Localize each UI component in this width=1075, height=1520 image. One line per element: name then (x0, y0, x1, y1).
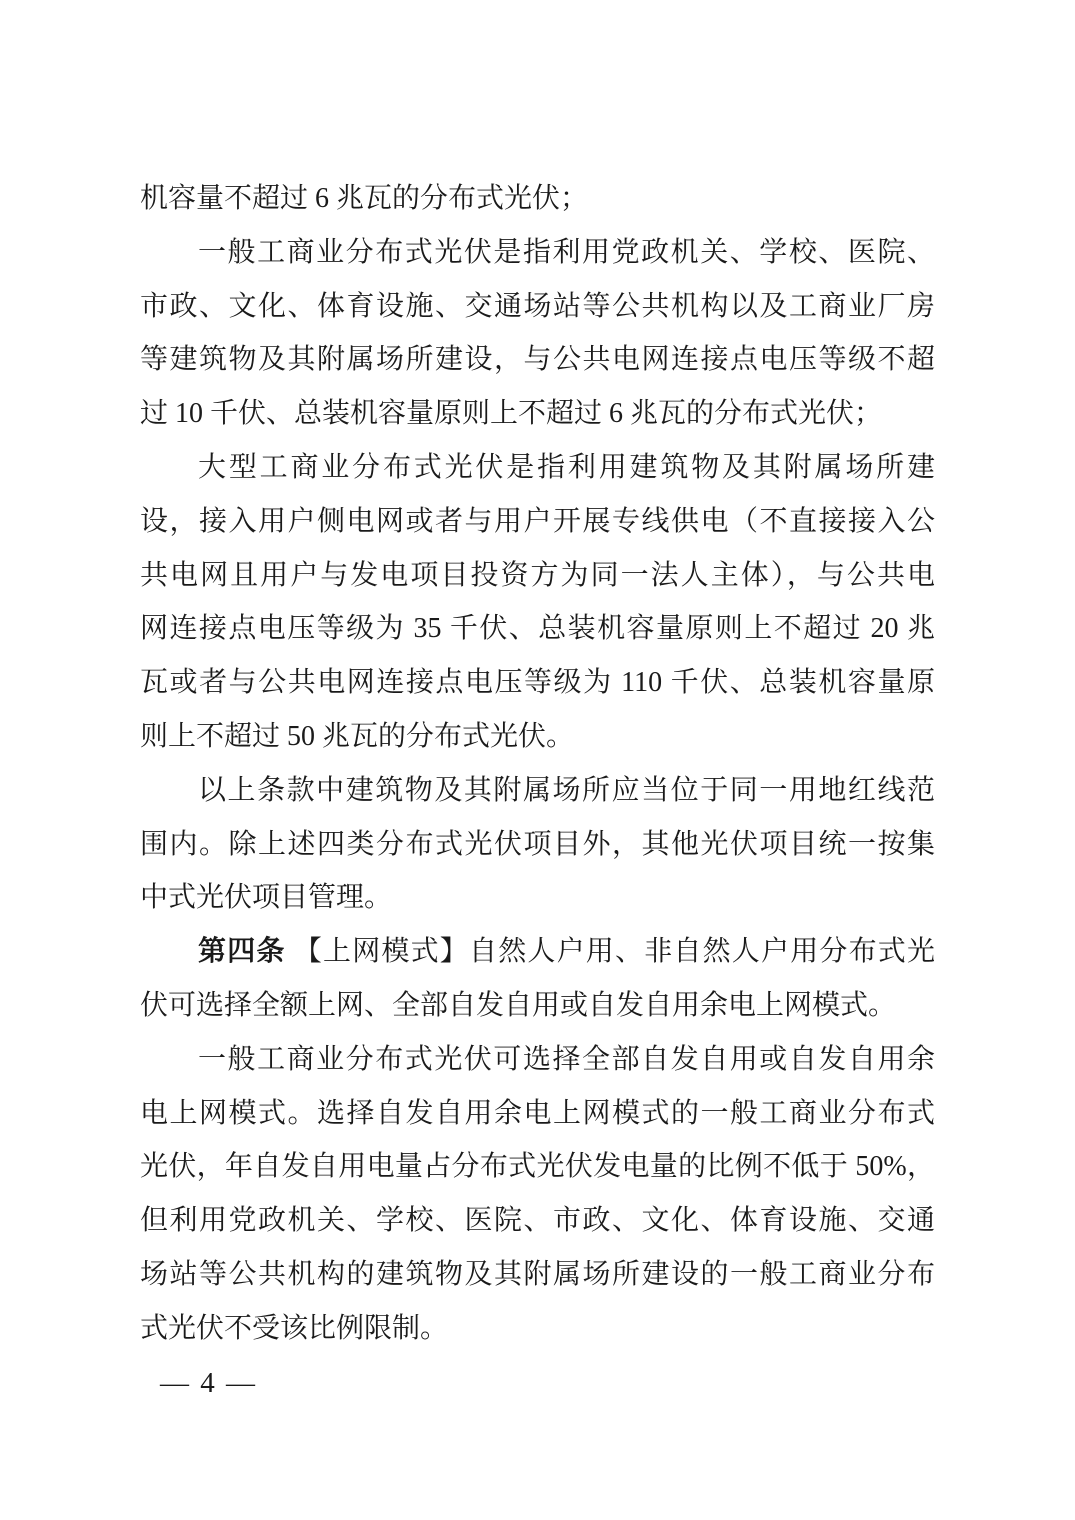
text-segment: 设，接入用户侧电网或者与用户开展专线供电（不直接接入公 (140, 506, 935, 537)
text-segment: 电上网模式。选择自发自用余电上网模式的一般工商业分布式 (140, 1098, 935, 1129)
text-segment: 一般工商业分布式光伏可选择全部自发自用或自发自用余 (198, 1044, 935, 1075)
text-segment: 光伏，年自发自用电量占分布式光伏发电量的比例不低于 50%， (140, 1151, 935, 1182)
text-line: 过 10 千伏、总装机容量原则上不超过 6 兆瓦的分布式光伏； (140, 387, 935, 441)
text-line: 第四条 【上网模式】自然人户用、非自然人户用分布式光 (140, 925, 935, 979)
text-line: 式光伏不受该比例限制。 (140, 1302, 935, 1356)
document-page: 机容量不超过 6 兆瓦的分布式光伏；一般工商业分布式光伏是指利用党政机关、学校、… (0, 0, 1075, 1520)
text-line: 电上网模式。选择自发自用余电上网模式的一般工商业分布式 (140, 1087, 935, 1141)
text-segment: 以上条款中建筑物及其附属场所应当位于同一用地红线范 (198, 775, 935, 806)
text-line: 网连接点电压等级为 35 千伏、总装机容量原则上不超过 20 兆 (140, 602, 935, 656)
text-segment: 市政、文化、体育设施、交通场站等公共机构以及工商业厂房 (140, 291, 935, 322)
text-line: 以上条款中建筑物及其附属场所应当位于同一用地红线范 (140, 764, 935, 818)
text-line: 则上不超过 50 兆瓦的分布式光伏。 (140, 710, 935, 764)
text-segment: 则上不超过 50 兆瓦的分布式光伏。 (140, 721, 574, 752)
article-number: 第四条 (198, 936, 286, 967)
text-segment: 式光伏不受该比例限制。 (140, 1313, 448, 1344)
text-segment: 等建筑物及其附属场所建设，与公共电网连接点电压等级不超 (140, 344, 935, 375)
text-line: 光伏，年自发自用电量占分布式光伏发电量的比例不低于 50%， (140, 1140, 935, 1194)
text-segment: 围内。除上述四类分布式光伏项目外，其他光伏项目统一按集 (140, 829, 935, 860)
text-segment: 网连接点电压等级为 35 千伏、总装机容量原则上不超过 20 兆 (140, 613, 935, 644)
text-line: 中式光伏项目管理。 (140, 871, 935, 925)
text-segment: 一般工商业分布式光伏是指利用党政机关、学校、医院、 (198, 237, 935, 268)
text-line: 一般工商业分布式光伏可选择全部自发自用或自发自用余 (140, 1033, 935, 1087)
text-line: 等建筑物及其附属场所建设，与公共电网连接点电压等级不超 (140, 333, 935, 387)
text-segment: 场站等公共机构的建筑物及其附属场所建设的一般工商业分布 (140, 1259, 935, 1290)
text-segment: 中式光伏项目管理。 (140, 882, 392, 913)
text-segment: 大型工商业分布式光伏是指利用建筑物及其附属场所建 (198, 452, 935, 483)
text-segment: 过 10 千伏、总装机容量原则上不超过 6 兆瓦的分布式光伏； (140, 398, 882, 429)
text-segment: 共电网且用户与发电项目投资方为同一法人主体），与公共电 (140, 560, 935, 591)
text-line: 共电网且用户与发电项目投资方为同一法人主体），与公共电 (140, 549, 935, 603)
page-number: — 4 — (160, 1366, 257, 1400)
text-line: 一般工商业分布式光伏是指利用党政机关、学校、医院、 (140, 226, 935, 280)
text-segment: 【上网模式】自然人户用、非自然人户用分布式光 (286, 936, 935, 967)
text-segment: 机容量不超过 6 兆瓦的分布式光伏； (140, 183, 588, 214)
text-line: 场站等公共机构的建筑物及其附属场所建设的一般工商业分布 (140, 1248, 935, 1302)
text-line: 设，接入用户侧电网或者与用户开展专线供电（不直接接入公 (140, 495, 935, 549)
text-line: 伏可选择全额上网、全部自发自用或自发自用余电上网模式。 (140, 979, 935, 1033)
text-segment: 伏可选择全额上网、全部自发自用或自发自用余电上网模式。 (140, 990, 896, 1021)
document-body: 机容量不超过 6 兆瓦的分布式光伏；一般工商业分布式光伏是指利用党政机关、学校、… (140, 172, 935, 1356)
text-segment: 瓦或者与公共电网连接点电压等级为 110 千伏、总装机容量原 (140, 667, 935, 698)
text-segment: 但利用党政机关、学校、医院、市政、文化、体育设施、交通 (140, 1205, 935, 1236)
text-line: 大型工商业分布式光伏是指利用建筑物及其附属场所建 (140, 441, 935, 495)
text-line: 围内。除上述四类分布式光伏项目外，其他光伏项目统一按集 (140, 818, 935, 872)
text-line: 但利用党政机关、学校、医院、市政、文化、体育设施、交通 (140, 1194, 935, 1248)
text-line: 瓦或者与公共电网连接点电压等级为 110 千伏、总装机容量原 (140, 656, 935, 710)
text-line: 市政、文化、体育设施、交通场站等公共机构以及工商业厂房 (140, 280, 935, 334)
text-line: 机容量不超过 6 兆瓦的分布式光伏； (140, 172, 935, 226)
